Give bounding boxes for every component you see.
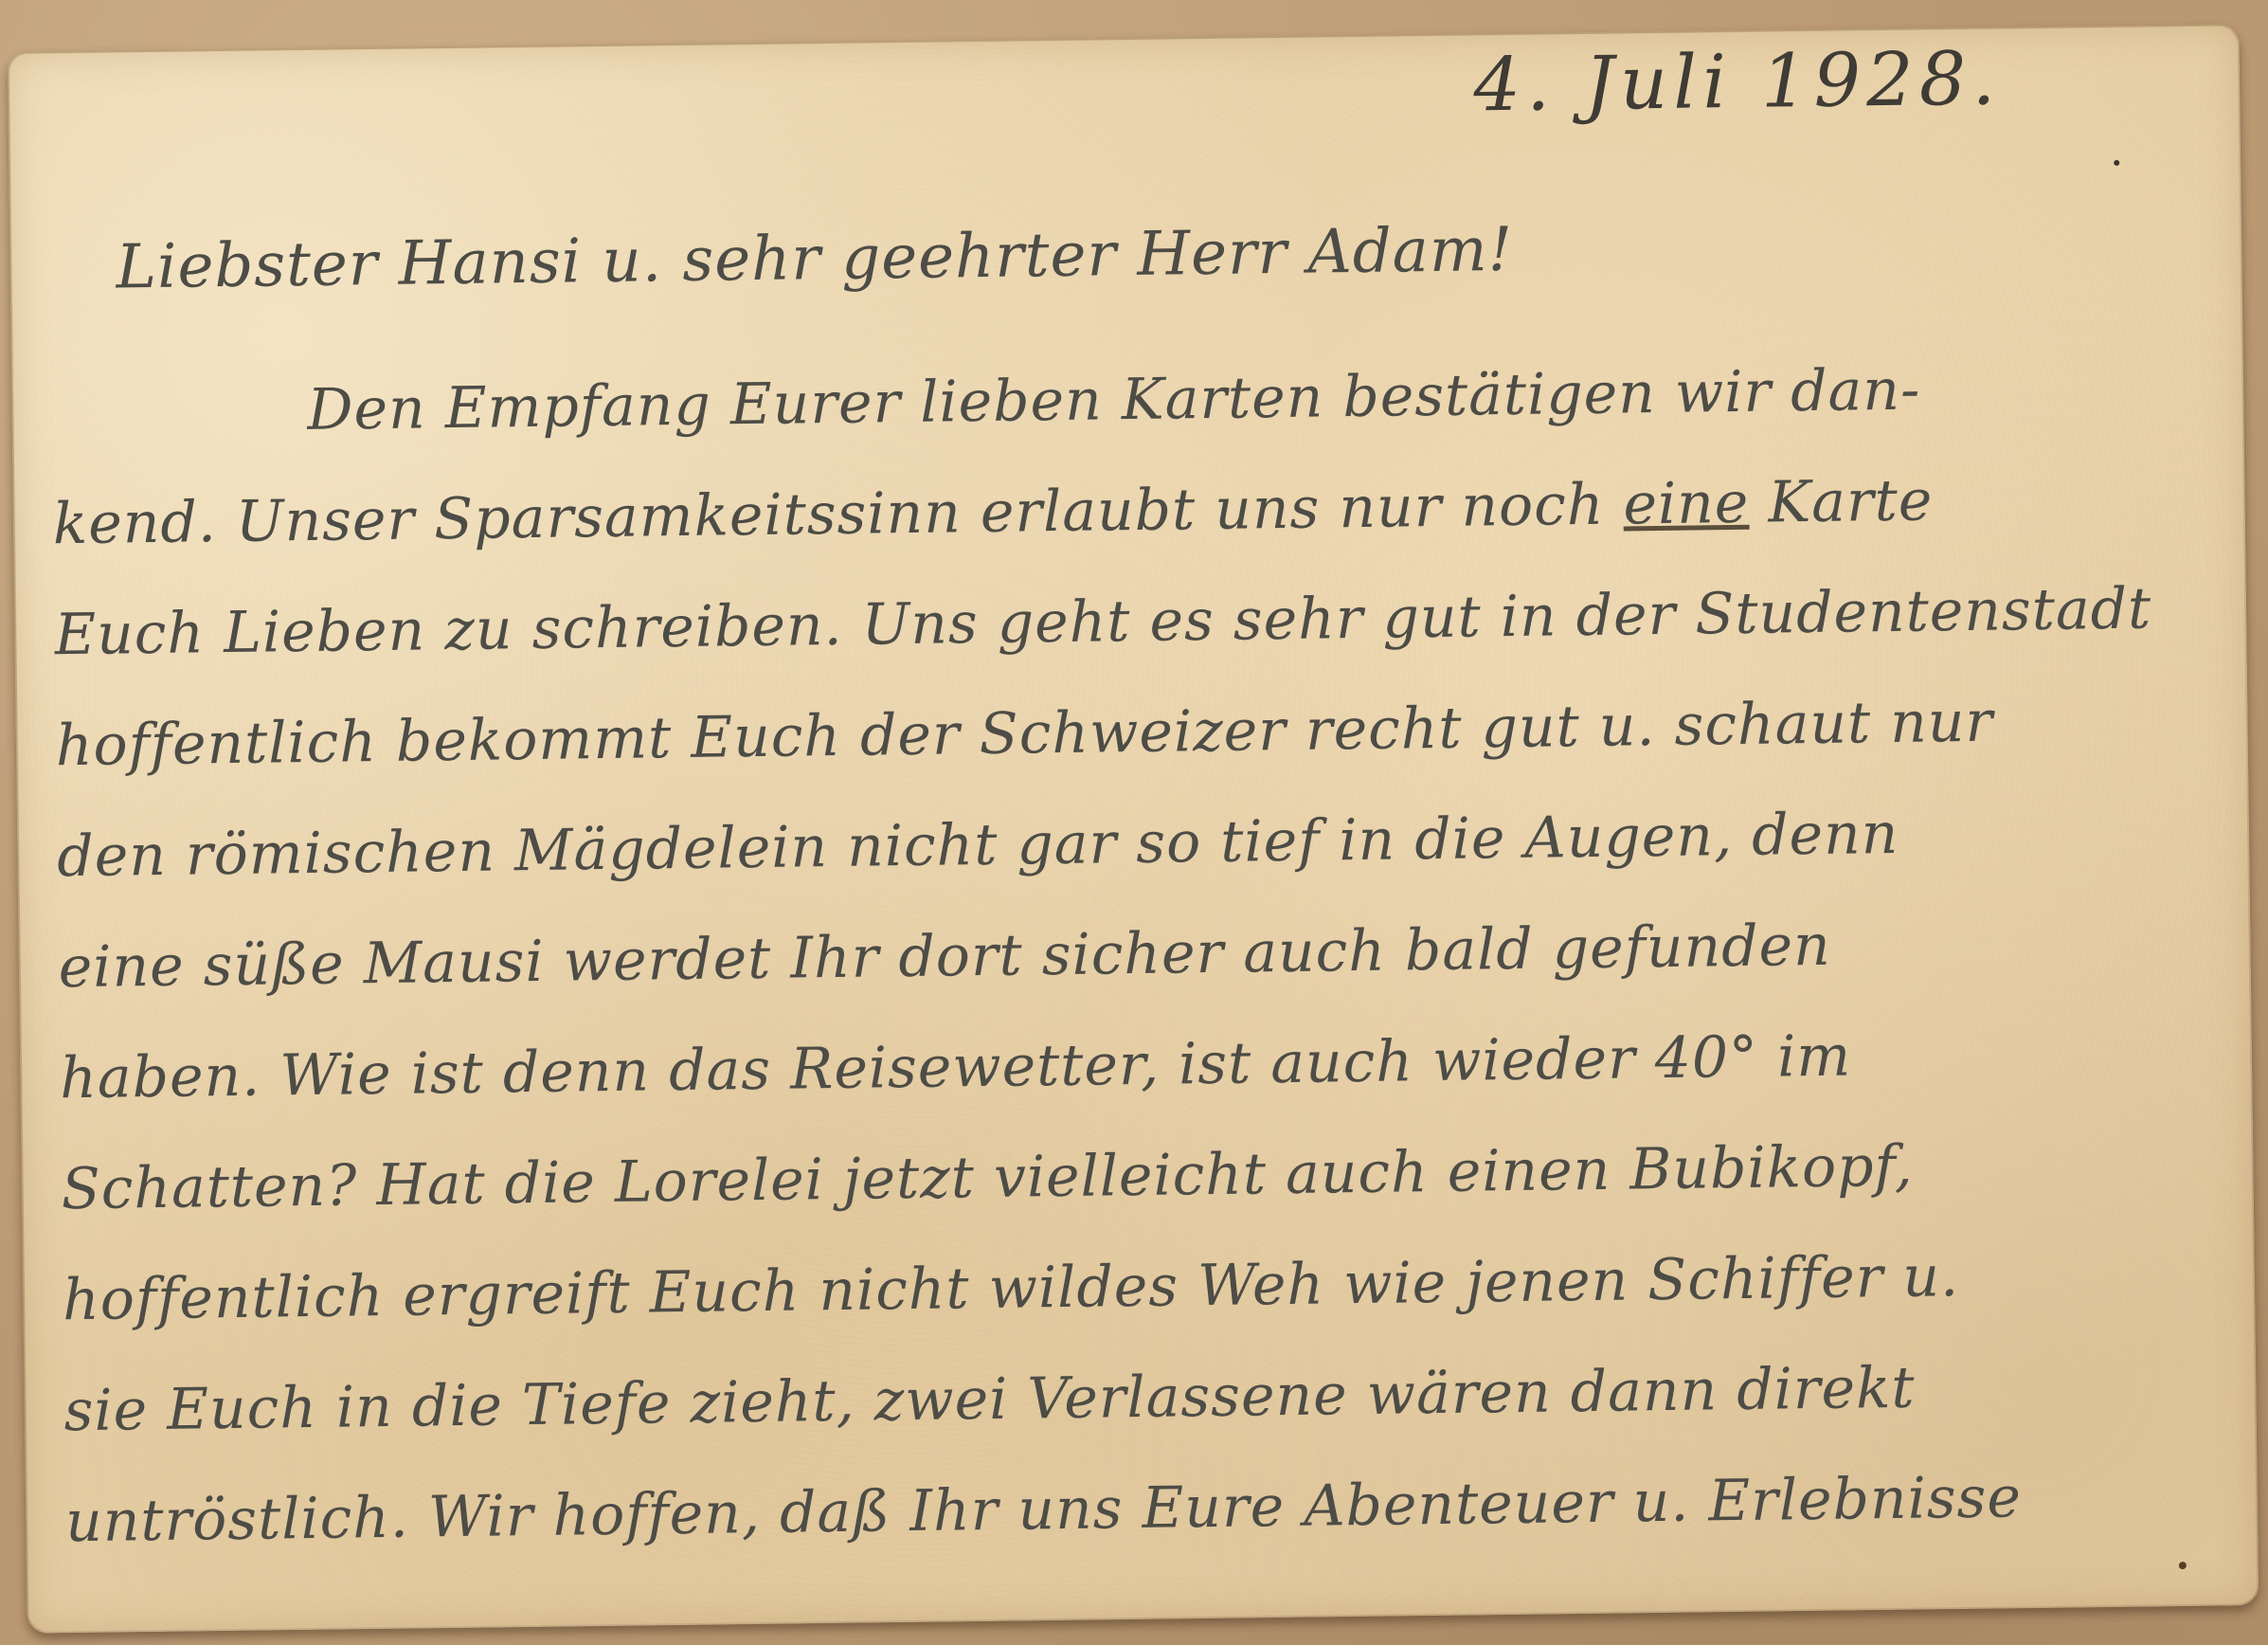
body-line-2-start: kend. Unser Sparsamkeitssinn erlaubt uns…	[52, 471, 1623, 557]
letter-body: Den Empfang Eurer lieben Karten bestätig…	[51, 332, 2219, 1578]
salutation: Liebster Hansi u. sehr geehrter Herr Ada…	[116, 215, 1514, 303]
underlined-word: eine	[1623, 470, 1750, 538]
postcard: 4. Juli 1928. Liebster Hansi u. sehr gee…	[8, 24, 2259, 1633]
stain-speck	[2179, 1562, 2187, 1569]
letter-date: 4. Juli 1928.	[1473, 36, 2002, 128]
body-line-2-end: Karte	[1749, 467, 1934, 535]
ink-speck	[2114, 160, 2119, 166]
